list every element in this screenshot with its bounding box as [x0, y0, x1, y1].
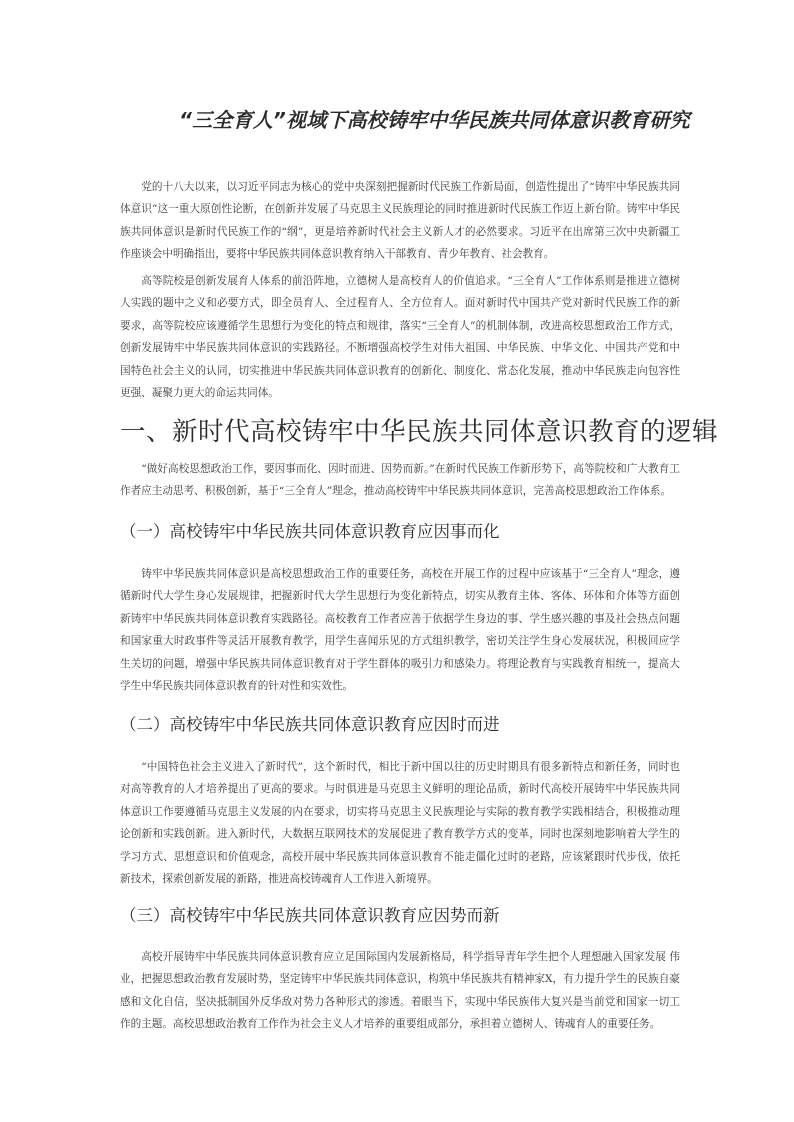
- section-heading-1: 一、新时代高校铸牢中华民族共同体意识教育的逻辑: [120, 412, 700, 448]
- document-page: “三全育人”视域下高校铸牢中华民族共同体意识教育研究 党的十八大以来，以习近平同…: [0, 0, 794, 1122]
- section-1-paragraph: “做好高校思想政治工作，要因事而化、因时而进、因势而新。”在新时代民族工作新形势…: [120, 458, 680, 503]
- intro-paragraph-1: 党的十八大以来，以习近平同志为核心的党中央深刻把握新时代民族工作新局面，创造性提…: [120, 176, 680, 266]
- subsection-heading-1: （一）高校铸牢中华民族共同体意识教育应因事而化: [120, 518, 700, 542]
- subsection-3-paragraph: 高校开展铸牢中华民族共同体意识教育应立足国际国内发展新格局，科学指导青年学生把个…: [120, 946, 680, 1036]
- subsection-2-paragraph: “中国特色社会主义进入了新时代”，这个新时代，相比于新中国以往的历史时期具有很多…: [120, 756, 680, 890]
- document-title: “三全育人”视域下高校铸牢中华民族共同体意识教育研究: [150, 104, 690, 133]
- subsection-1-paragraph: 铸牢中华民族共同体意识是高校思想政治工作的重要任务，高校在开展工作的过程中应该基…: [120, 563, 680, 697]
- subsection-heading-2: （二）高校铸牢中华民族共同体意识教育应因时而进: [120, 711, 700, 735]
- subsection-heading-3: （三）高校铸牢中华民族共同体意识教育应因势而新: [120, 902, 700, 926]
- intro-paragraph-2: 高等院校是创新发展育人体系的前沿阵地，立德树人是高校育人的价值追求。“三全育人”…: [120, 270, 680, 404]
